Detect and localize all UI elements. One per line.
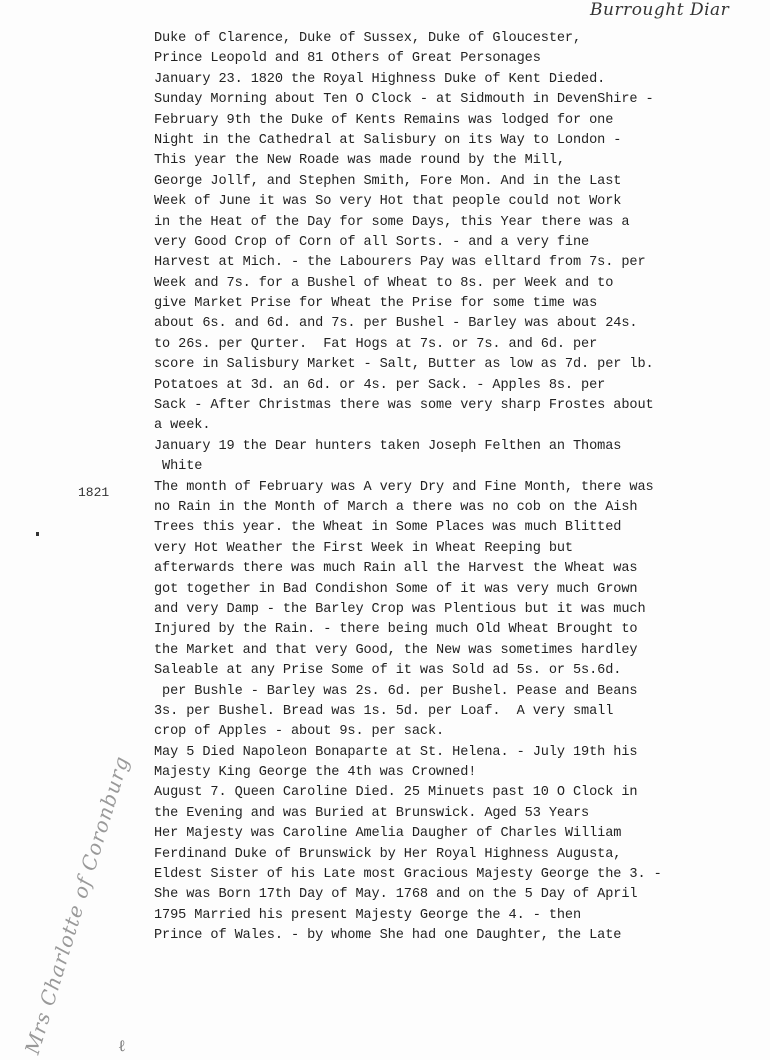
scanned-document-page: Burrought Diar 1821 Mrs Charlotte of Cor…: [0, 0, 770, 1060]
text-line: crop of Apples - about 9s. per sack.: [154, 722, 754, 742]
text-line: per Bushle - Barley was 2s. 6d. per Bush…: [154, 682, 754, 702]
text-line: Saleable at any Prise Some of it was Sol…: [154, 661, 754, 681]
text-line: no Rain in the Month of March a there wa…: [154, 498, 754, 518]
text-line: Prince Leopold and 81 Others of Great Pe…: [154, 49, 754, 69]
text-line: Injured by the Rain. - there being much …: [154, 620, 754, 640]
text-line: the Market and that very Good, the New w…: [154, 641, 754, 661]
typewritten-body-text: Duke of Clarence, Duke of Sussex, Duke o…: [154, 29, 754, 947]
text-line: May 5 Died Napoleon Bonaparte at St. Hel…: [154, 743, 754, 763]
handwritten-header-note: Burrought Diar: [590, 0, 729, 20]
text-line: Her Majesty was Caroline Amelia Daugher …: [154, 824, 754, 844]
text-line: give Market Prise for Wheat the Prise fo…: [154, 294, 754, 314]
text-line: 3s. per Bushel. Bread was 1s. 5d. per Lo…: [154, 702, 754, 722]
text-line: January 19 the Dear hunters taken Joseph…: [154, 437, 754, 457]
text-line: Eldest Sister of his Late most Gracious …: [154, 865, 754, 885]
text-line: Week of June it was So very Hot that peo…: [154, 192, 754, 212]
text-line: She was Born 17th Day of May. 1768 and o…: [154, 885, 754, 905]
handwritten-margin-note: Mrs Charlotte of Coronburg: [20, 753, 134, 1057]
text-line: Harvest at Mich. - the Labourers Pay was…: [154, 253, 754, 273]
text-line: about 6s. and 6d. and 7s. per Bushel - B…: [154, 314, 754, 334]
text-line: Ferdinand Duke of Brunswick by Her Royal…: [154, 845, 754, 865]
text-line: Night in the Cathedral at Salisbury on i…: [154, 131, 754, 151]
text-line: a week.: [154, 416, 754, 436]
text-line: February 9th the Duke of Kents Remains w…: [154, 111, 754, 131]
text-line: George Jollf, and Stephen Smith, Fore Mo…: [154, 172, 754, 192]
text-line: Potatoes at 3d. an 6d. or 4s. per Sack. …: [154, 376, 754, 396]
text-line: very Good Crop of Corn of all Sorts. - a…: [154, 233, 754, 253]
margin-mark: [36, 532, 39, 536]
text-line: August 7. Queen Caroline Died. 25 Minuet…: [154, 783, 754, 803]
margin-pen-stroke: ℓ: [118, 1036, 126, 1056]
text-line: Sunday Morning about Ten O Clock - at Si…: [154, 90, 754, 110]
text-line: 1795 Married his present Majesty George …: [154, 906, 754, 926]
text-line: and very Damp - the Barley Crop was Plen…: [154, 600, 754, 620]
text-line: January 23. 1820 the Royal Highness Duke…: [154, 70, 754, 90]
text-line: Trees this year. the Wheat in Some Place…: [154, 518, 754, 538]
text-line: The month of February was A very Dry and…: [154, 478, 754, 498]
text-line: score in Salisbury Market - Salt, Butter…: [154, 355, 754, 375]
year-marker: 1821: [78, 485, 109, 500]
text-line: Majesty King George the 4th was Crowned!: [154, 763, 754, 783]
text-line: Prince of Wales. - by whome She had one …: [154, 926, 754, 946]
text-line: This year the New Roade was made round b…: [154, 151, 754, 171]
text-line: Duke of Clarence, Duke of Sussex, Duke o…: [154, 29, 754, 49]
text-line: Sack - After Christmas there was some ve…: [154, 396, 754, 416]
text-line: White: [154, 457, 754, 477]
text-line: very Hot Weather the First Week in Wheat…: [154, 539, 754, 559]
text-line: to 26s. per Qurter. Fat Hogs at 7s. or 7…: [154, 335, 754, 355]
text-line: in the Heat of the Day for some Days, th…: [154, 213, 754, 233]
text-line: got together in Bad Condishon Some of it…: [154, 580, 754, 600]
text-line: the Evening and was Buried at Brunswick.…: [154, 804, 754, 824]
text-line: Week and 7s. for a Bushel of Wheat to 8s…: [154, 274, 754, 294]
text-line: afterwards there was much Rain all the H…: [154, 559, 754, 579]
